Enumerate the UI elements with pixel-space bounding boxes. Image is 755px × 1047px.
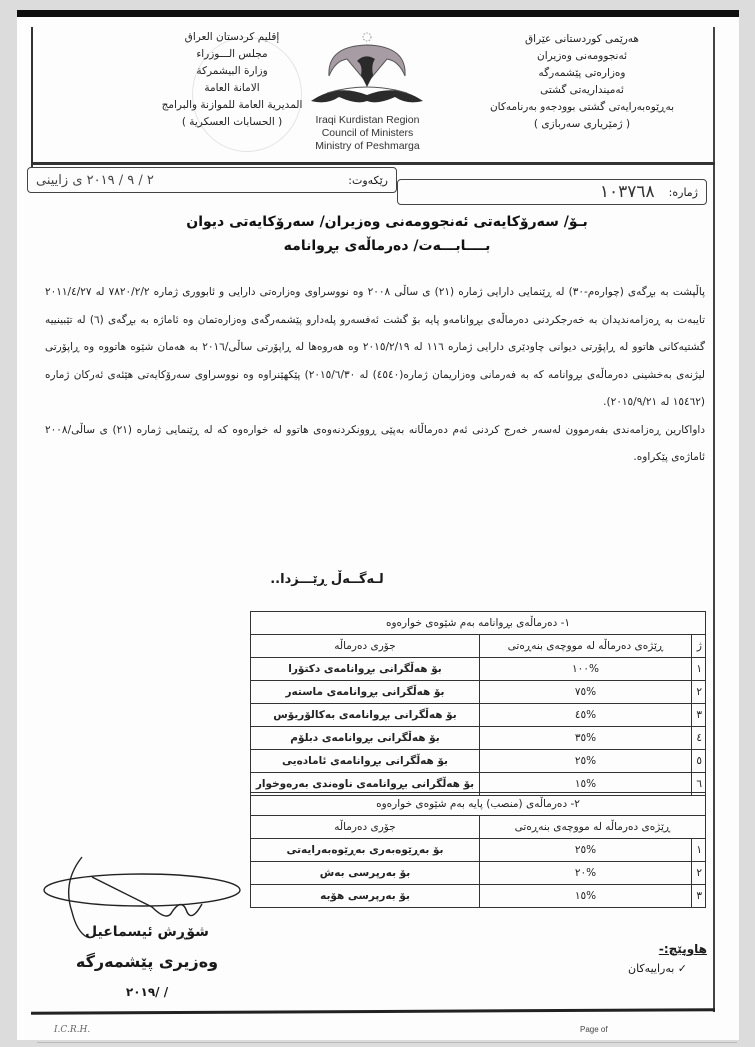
table-row: ٤ %٣٥ بۆ هەڵگرانی بڕوانامەی دبلۆم <box>251 727 706 750</box>
arabic-header-line: المديرية العامة للموازنة والبرامج <box>147 97 317 114</box>
paragraph: پاڵپشت بە بڕگەی (چوارەم-٣٠) لە ڕێنمایی د… <box>45 279 705 417</box>
table-caption: ١- دەرماڵەی بڕوانامە بەم شێوەی خوارەوە <box>251 612 706 635</box>
row-type: بۆ بەڕێوەبەری بەڕێوەبەرایەتی <box>251 839 480 862</box>
signer-title: وەزیری پێشمەرگە <box>57 947 237 977</box>
table-row: ١ %٢٥ بۆ بەڕێوەبەری بەڕێوەبەرایەتی <box>251 839 706 862</box>
reference-number-box: ژمارە: ١٠٣٧٦٨ <box>397 179 707 205</box>
date-box: رێکەوت: ٢ / ٩ / ٢٠١٩ ی زایینی <box>27 167 397 193</box>
emblem-caption-line: Council of Ministers <box>275 127 460 140</box>
emblem-caption: Iraqi Kurdistan Region Council of Minist… <box>275 114 460 153</box>
copies-label: هاوپێچ:- <box>587 942 707 956</box>
document-page: إقليم كردستان العراق مجلس الـــوزراء وزا… <box>17 10 739 1040</box>
arabic-header-line: وزارة البيشمركة <box>147 63 317 80</box>
table-header: ڕێژەی دەرماڵە لە مووچەی بنەڕەتی <box>480 635 692 658</box>
row-type: بۆ بەرپرسی بەش <box>251 862 480 885</box>
arabic-header-line: مجلس الـــوزراء <box>147 46 317 63</box>
row-number: ٤ <box>692 727 706 750</box>
date-value: ٢ / ٩ / ٢٠١٩ ی زایینی <box>36 173 154 188</box>
table-row: ٣ %١٥ بۆ بەرپرسی هۆبە <box>251 885 706 908</box>
table-row: ١ %١٠٠ بۆ هەڵگرانی بڕوانامەی دکتۆرا <box>251 658 706 681</box>
table-row: ٥ %٢٥ بۆ هەڵگرانی بڕوانامەی ئامادەیی <box>251 750 706 773</box>
row-number: ٣ <box>692 704 706 727</box>
row-number: ٣ <box>692 885 706 908</box>
krg-emblem-icon <box>307 31 427 115</box>
frame-border-bottom <box>31 1008 715 1015</box>
row-number: ١ <box>692 658 706 681</box>
emblem-caption-line: Iraqi Kurdistan Region <box>275 114 460 127</box>
arabic-header-line: الامانة العامة <box>147 80 317 97</box>
table-row: ٢ %٢٠ بۆ بەرپرسی بەش <box>251 862 706 885</box>
number-value: ١٠٣٧٦٨ <box>600 182 655 202</box>
row-percent: %١٥ <box>480 885 692 908</box>
kurdish-header-line: وەزارەتی پێشمەرگە <box>457 65 707 82</box>
date-label: رێکەوت: <box>348 174 388 187</box>
signer-name: شۆڕش ئیسماعیل <box>57 917 237 947</box>
table-row: ٢ %٧٥ بۆ هەڵگرانی بڕوانامەی ماستەر <box>251 681 706 704</box>
paragraph: داواکارین ڕەزامەندی بفەرموون لەسەر خەرج … <box>45 417 705 472</box>
frame-border-right <box>713 27 715 1012</box>
row-type: بۆ هەڵگرانی بڕوانامەی ئامادەیی <box>251 750 480 773</box>
kurdish-header-line: ئەمینداریەتی گشتی <box>457 82 707 99</box>
degree-allowance-table: ١- دەرماڵەی بڕوانامە بەم شێوەی خوارەوە ژ… <box>250 611 706 796</box>
copies-section: هاوپێچ:- ✓ بەراییەکان <box>587 942 707 975</box>
header-divider <box>31 162 715 165</box>
row-type: بۆ بەرپرسی هۆبە <box>251 885 480 908</box>
number-label: ژمارە: <box>669 186 698 199</box>
table-caption: ٢- دەرماڵەی (منصب) پایە بەم شێوەی خوارەو… <box>251 793 706 816</box>
row-type: بۆ هەڵگرانی بڕوانامەی بەکالۆریۆس <box>251 704 480 727</box>
row-number: ٢ <box>692 681 706 704</box>
row-type: بۆ هەڵگرانی بڕوانامەی دکتۆرا <box>251 658 480 681</box>
letter-body: پاڵپشت بە بڕگەی (چوارەم-٣٠) لە ڕێنمایی د… <box>45 279 705 472</box>
row-number: ٥ <box>692 750 706 773</box>
table-header: ڕێژەی دەرماڵە لە مووچەی بنەڕەتی <box>480 816 706 839</box>
row-type: بۆ هەڵگرانی بڕوانامەی دبلۆم <box>251 727 480 750</box>
kurdish-header-line: ( ژمێریاری سەربازی ) <box>457 116 707 133</box>
position-allowance-table: ٢- دەرماڵەی (منصب) پایە بەم شێوەی خوارەو… <box>250 792 706 908</box>
row-percent: %٢٥ <box>480 750 692 773</box>
table-header: ژ <box>692 635 706 658</box>
signature-date: / /٢٠١٩ <box>57 977 237 1007</box>
row-percent: %٢٥ <box>480 839 692 862</box>
row-type: بۆ هەڵگرانی بڕوانامەی ماستەر <box>251 681 480 704</box>
arabic-header-line: إقليم كردستان العراق <box>147 29 317 46</box>
subject-block: بـۆ/ سەرۆکایەتی ئەنجوومەنی وەزیران/ سەرۆ… <box>107 210 667 258</box>
closing-regards: لـەگــەڵ ڕێـــزدا.. <box>247 572 407 587</box>
row-number: ٢ <box>692 862 706 885</box>
signature-block: شۆڕش ئیسماعیل وەزیری پێشمەرگە / /٢٠١٩ <box>57 917 237 1007</box>
subject-line: بــــابـــەت/ دەرماڵەی بڕوانامە <box>107 234 667 258</box>
row-percent: %٣٥ <box>480 727 692 750</box>
kurdish-header-line: بەڕێوەبەرایەتی گشتی بوودجەو بەرنامەکان <box>457 99 707 116</box>
kurdish-header-line: هەرێمی کوردستانی عێراق <box>457 31 707 48</box>
emblem-caption-line: Ministry of Peshmarga <box>275 140 460 153</box>
recipient-line: بـۆ/ سەرۆکایەتی ئەنجوومەنی وەزیران/ سەرۆ… <box>107 210 667 234</box>
frame-border-left <box>31 27 33 167</box>
footer-page-number: Page of <box>580 1025 608 1034</box>
kurdish-header-line: ئەنجوومەنی وەزیران <box>457 48 707 65</box>
row-percent: %٢٠ <box>480 862 692 885</box>
table-row: ٣ %٤٥ بۆ هەڵگرانی بڕوانامەی بەکالۆریۆس <box>251 704 706 727</box>
row-percent: %٧٥ <box>480 681 692 704</box>
footer-initials: I.C.R.H. <box>54 1025 90 1035</box>
row-number: ١ <box>692 839 706 862</box>
row-percent: %١٠٠ <box>480 658 692 681</box>
footer-divider <box>37 1042 737 1043</box>
copies-item: ✓ بەراییەکان <box>587 962 707 975</box>
table-header: جۆری دەرماڵە <box>251 816 480 839</box>
kurdish-header: هەرێمی کوردستانی عێراق ئەنجوومەنی وەزیرا… <box>457 31 707 133</box>
table-header: جۆری دەرماڵە <box>251 635 480 658</box>
row-percent: %٤٥ <box>480 704 692 727</box>
